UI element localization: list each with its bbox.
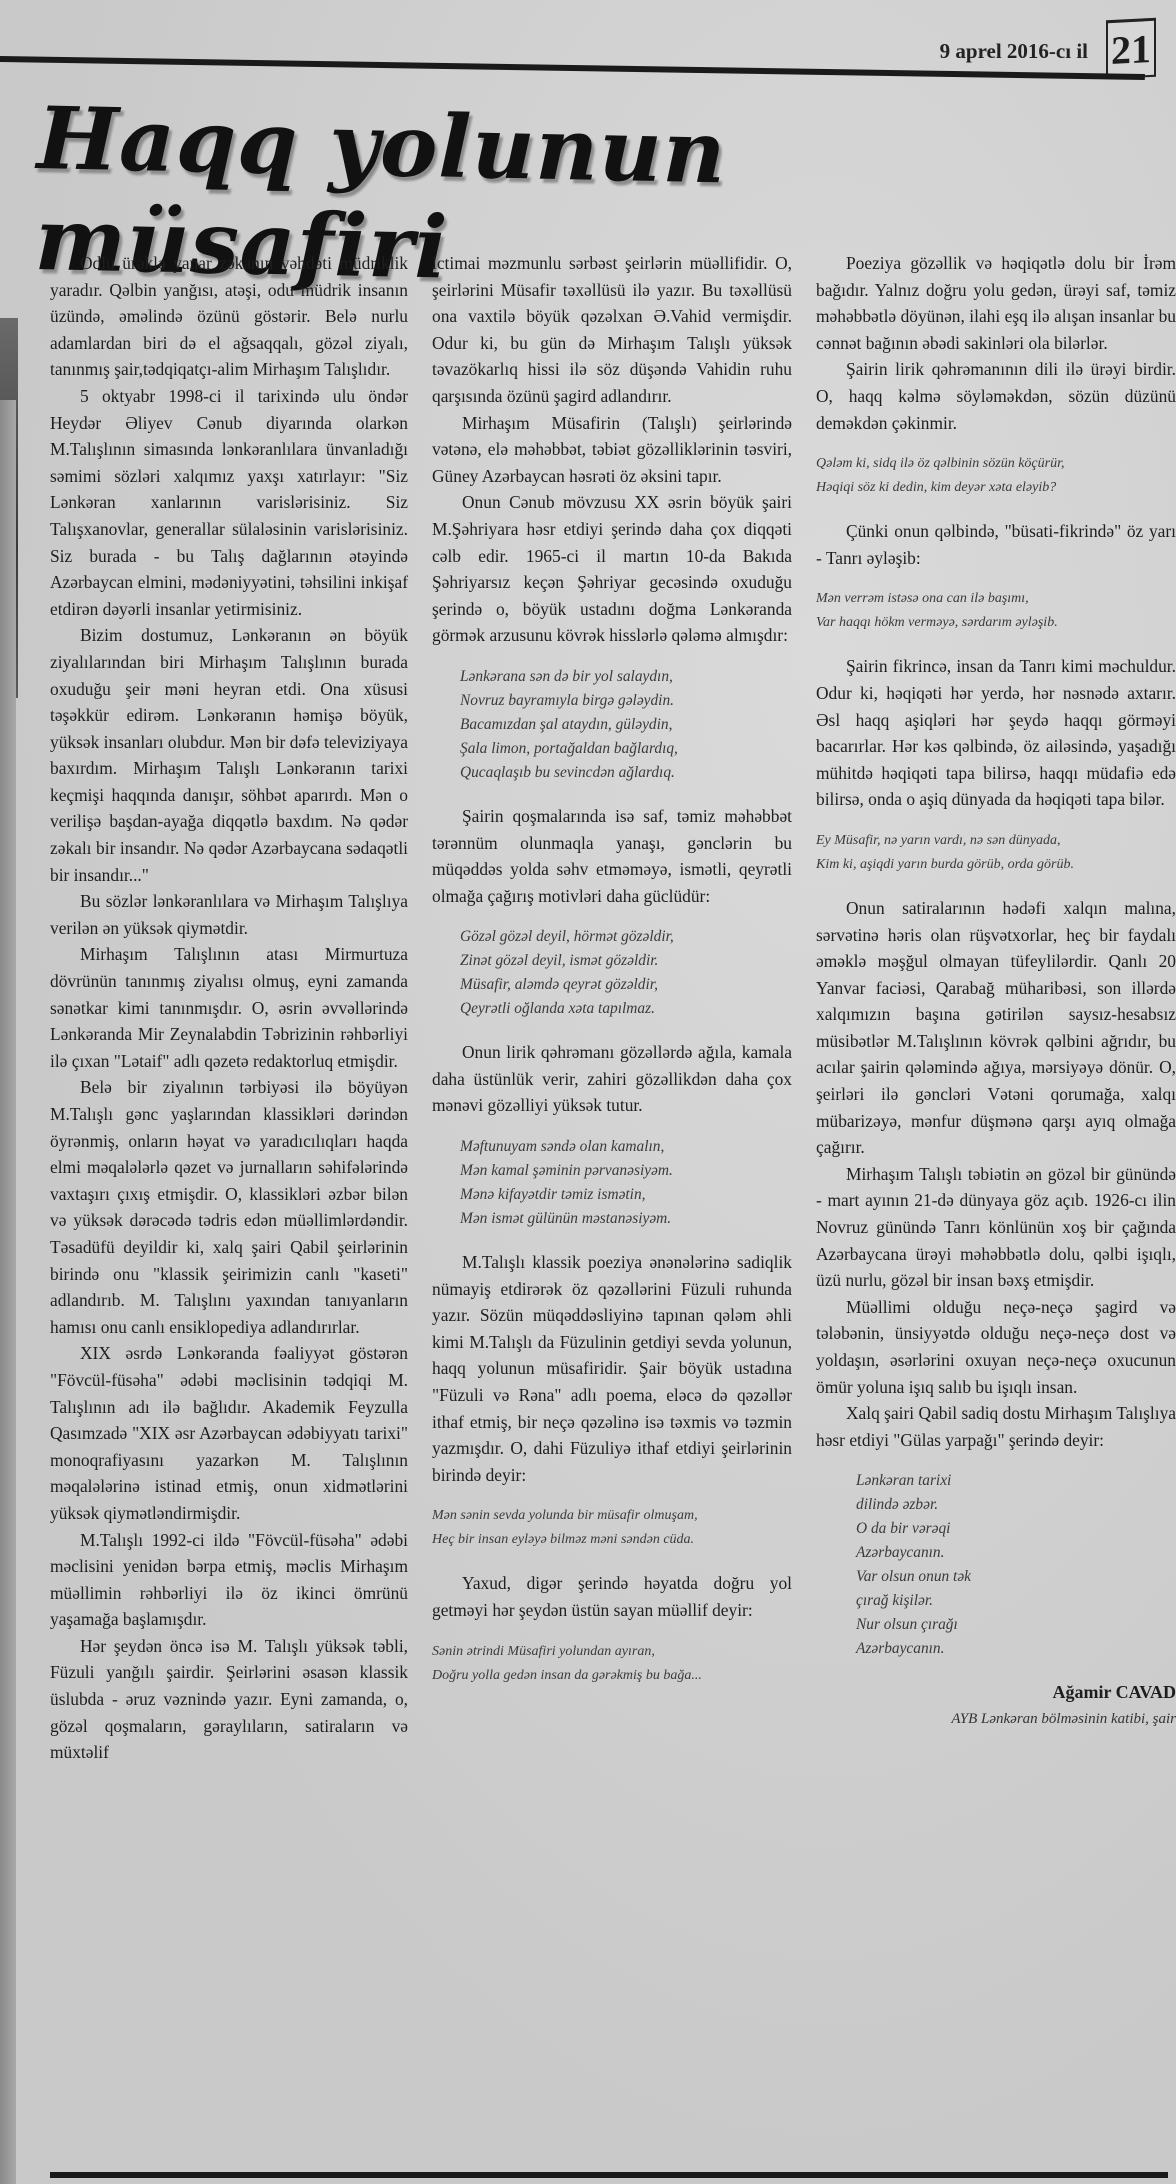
article-body: Odlu ürəklə yanar zəkanın vəhdəti müdrik… — [50, 250, 1168, 2150]
paragraph: Hər şeydən öncə isə M. Talışlı yüksək tə… — [50, 1633, 408, 1766]
verse-line: Nur olsun çırağı — [856, 1613, 1176, 1637]
column-middle: ictimai məzmunlu sərbəst şeirlərin müəll… — [432, 250, 792, 2150]
verse-line: Məftunuyam səndə olan kamalın, — [460, 1135, 792, 1159]
verse-line: Mənə kifayətdir təmiz ismətin, — [460, 1183, 792, 1207]
poem-excerpt: Lənkərana sən də bir yol salaydın, Novru… — [460, 665, 792, 785]
paragraph: Yaxud, digər şerində həyatda doğru yol g… — [432, 1570, 792, 1623]
verse-line: Doğru yolla gedən insan da gərəkmiş bu b… — [432, 1664, 792, 1688]
paragraph: Xalq şairi Qabil sadiq dostu Mirhaşım Ta… — [816, 1400, 1176, 1453]
verse-line: Şala limon, portağaldan bağlardıq, — [460, 737, 792, 761]
paragraph: Onun Cənub mövzusu XX əsrin böyük şairi … — [432, 489, 792, 649]
verse-line: Mən kamal şəminin pərvanəsiyəm. — [460, 1159, 792, 1183]
paragraph: Odlu ürəklə yanar zəkanın vəhdəti müdrik… — [50, 250, 408, 383]
verse-line: Var olsun onun tək — [856, 1565, 1176, 1589]
verse-line: Var haqqı hökm verməyə, sərdarım əyləşib… — [816, 611, 1176, 635]
paragraph: M.Talışlı 1992-ci ildə "Fövcül-füsəha" ə… — [50, 1527, 408, 1633]
paragraph: Onun lirik qəhrəmanı gözəllərdə ağıla, k… — [432, 1039, 792, 1119]
verse-line: Azərbaycanın. — [856, 1637, 1176, 1661]
paragraph: XIX əsrdə Lənkəranda fəaliyyət göstərən … — [50, 1340, 408, 1526]
paragraph: Poeziya gözəllik və həqiqətlə dolu bir İ… — [816, 250, 1176, 356]
verse-line: Sənin ətrindi Müsafiri yolundan ayıran, — [432, 1640, 792, 1664]
verse-line: Lənkərana sən də bir yol salaydın, — [460, 665, 792, 689]
verse-line: dilində əzbər. — [856, 1493, 1176, 1517]
poem-excerpt: Mən verrəm istəsə ona can ilə başımı, Va… — [816, 587, 1176, 635]
paragraph: Şairin fikrincə, insan da Tanrı kimi məc… — [816, 653, 1176, 813]
paragraph: Bu sözlər lənkəranlılara və Mirhaşım Tal… — [50, 888, 408, 941]
verse-line: Zinət gözəl deyil, ismət gözəldir. — [460, 949, 792, 973]
poem-excerpt: Məftunuyam səndə olan kamalın, Mən kamal… — [460, 1135, 792, 1231]
author-name: Ağamir CAVAD — [816, 1679, 1176, 1706]
verse-line: Mən verrəm istəsə ona can ilə başımı, — [816, 587, 1176, 611]
verse-line: Ey Müsafir, nə yarın vardı, nə sən dünya… — [816, 829, 1176, 853]
issue-date: 9 aprel 2016-cı il — [940, 39, 1088, 64]
verse-line: Novruz bayramıyla birgə gələydin. — [460, 689, 792, 713]
verse-line: Qeyrətli oğlanda xəta tapılmaz. — [460, 997, 792, 1021]
verse-line: Mən sənin sevda yolunda bir müsafir olmu… — [432, 1504, 792, 1528]
verse-line: Bacamızdan şal ataydın, güləydin, — [460, 713, 792, 737]
paragraph: Mirhaşım Talışlı təbiətin ən gözəl bir g… — [816, 1161, 1176, 1294]
verse-line: çırağ kişilər. — [856, 1589, 1176, 1613]
page-masthead: 9 aprel 2016-cı il 21 — [940, 18, 1156, 78]
paragraph: 5 oktyabr 1998-ci il tarixində ulu öndər… — [50, 383, 408, 622]
verse-line: Lənkəran tarixi — [856, 1469, 1176, 1493]
adjacent-page-edge — [0, 400, 16, 2184]
paragraph: Belə bir ziyalının tərbiyəsi ilə böyüyən… — [50, 1074, 408, 1340]
footer-rule — [50, 2172, 1168, 2178]
paragraph: Mirhaşım Talışlının atası Mirmurtuza döv… — [50, 941, 408, 1074]
paragraph: Mirhaşım Müsafirin (Talışlı) şeirlərində… — [432, 410, 792, 490]
column-right: Poeziya gözəllik və həqiqətlə dolu bir İ… — [816, 250, 1176, 2150]
poem-excerpt: Sənin ətrindi Müsafiri yolundan ayıran, … — [432, 1640, 792, 1688]
verse-line: Kim ki, aşiqdi yarın burda görüb, orda g… — [816, 853, 1176, 877]
verse-line: O da bir vərəqi — [856, 1517, 1176, 1541]
page-number: 21 — [1106, 18, 1156, 80]
poem-excerpt: Ey Müsafir, nə yarın vardı, nə sən dünya… — [816, 829, 1176, 877]
verse-line: Azərbaycanın. — [856, 1541, 1176, 1565]
verse-line: Gözəl gözəl deyil, hörmət gözəldir, — [460, 925, 792, 949]
verse-line: Qucaqlaşıb bu sevincdən ağlardıq. — [460, 761, 792, 785]
verse-line: Müsafir, aləmdə qeyrət gözəldir, — [460, 973, 792, 997]
poem-excerpt: Lənkəran tarixi dilində əzbər. O da bir … — [856, 1469, 1176, 1661]
poem-excerpt: Qələm ki, sidq ilə öz qəlbinin sözün köç… — [816, 452, 1176, 500]
paragraph: Müəllimi olduğu neçə-neçə şagird və tələ… — [816, 1294, 1176, 1400]
paragraph: ictimai məzmunlu sərbəst şeirlərin müəll… — [432, 250, 792, 410]
paragraph: Bizim dostumuz, Lənkəranın ən böyük ziya… — [50, 622, 408, 888]
verse-line: Heç bir insan eyləyə bilməz məni səndən … — [432, 1528, 792, 1552]
verse-line: Həqiqi söz ki dedin, kim deyər xəta eləy… — [816, 476, 1176, 500]
column-left: Odlu ürəklə yanar zəkanın vəhdəti müdrik… — [50, 250, 408, 2150]
paragraph: Çünki onun qəlbində, "büsati-fikrində" ö… — [816, 518, 1176, 571]
paragraph: Şairin qoşmalarında isə saf, təmiz məhəb… — [432, 803, 792, 909]
poem-excerpt: Mən sənin sevda yolunda bir müsafir olmu… — [432, 1504, 792, 1552]
paragraph: Onun satiralarının hədəfi xalqın malına,… — [816, 895, 1176, 1161]
paragraph: M.Talışlı klassik poeziya ənənələrinə sa… — [432, 1249, 792, 1488]
paragraph: Şairin lirik qəhrəmanının dili ilə ürəyi… — [816, 356, 1176, 436]
poem-excerpt: Gözəl gözəl deyil, hörmət gözəldir, Zinə… — [460, 925, 792, 1021]
verse-line: Mən ismət gülünün məstanəsiyəm. — [460, 1207, 792, 1231]
verse-line: Qələm ki, sidq ilə öz qəlbinin sözün köç… — [816, 452, 1176, 476]
author-role: AYB Lənkəran bölməsinin katibi, şair — [816, 1706, 1176, 1733]
